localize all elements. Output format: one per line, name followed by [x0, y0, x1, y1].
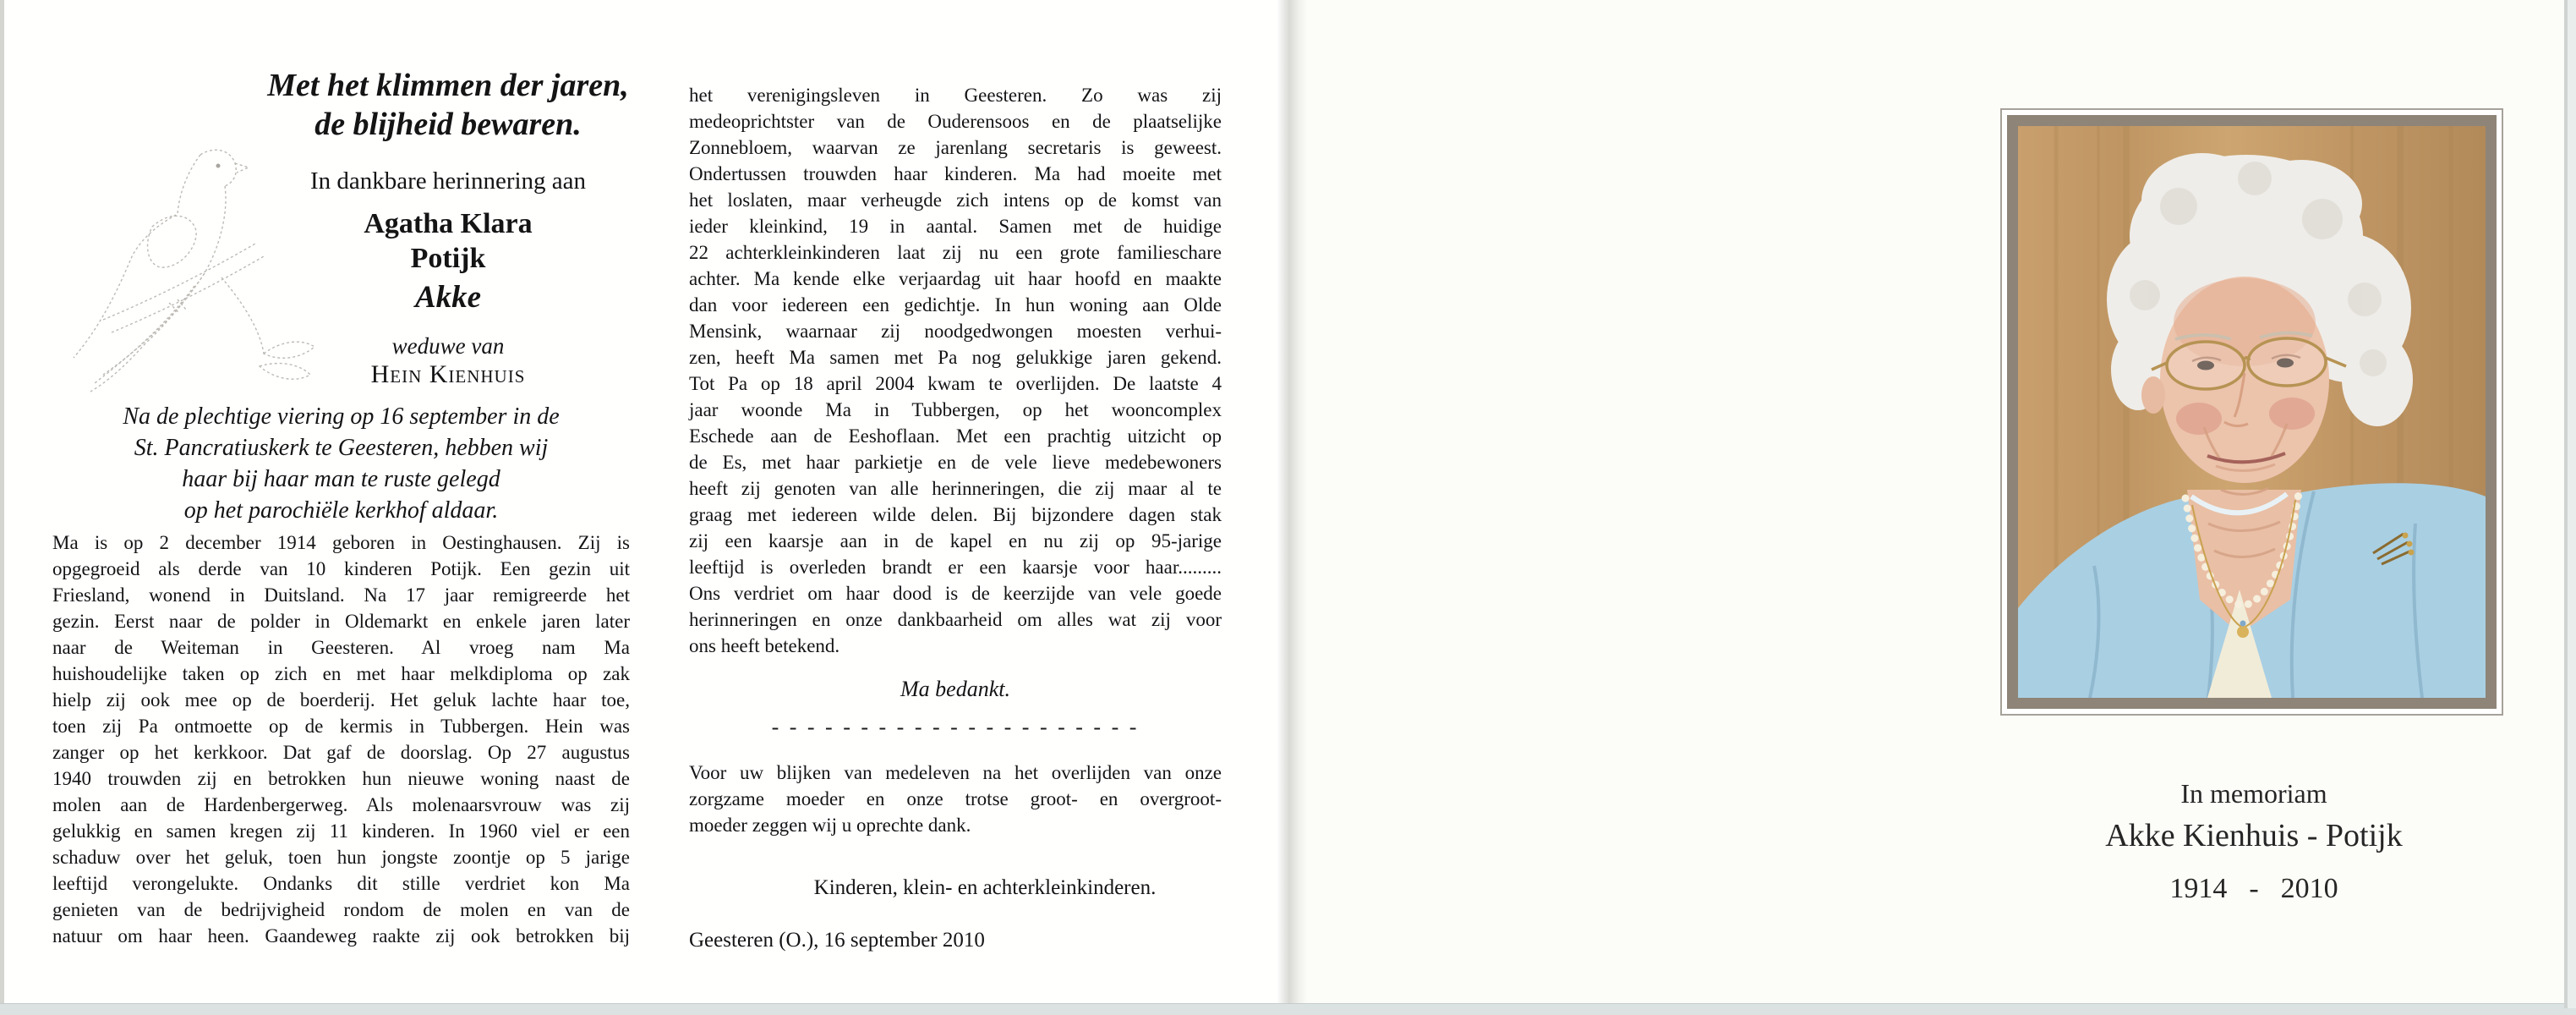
biography-line: leeftijd verongelukte. Ondanks dit still…	[52, 870, 630, 897]
biography-line: toen zij Pa ontmoette op de kermis in Tu…	[52, 713, 630, 739]
biography-line: molen aan de Hardenbergerweg. Als molena…	[52, 792, 630, 818]
biography-line: medeoprichtster van de Ouderensoos en de…	[689, 108, 1222, 134]
biography-column-2: het verenigingsleven in Geesteren. Zo wa…	[689, 82, 1222, 659]
cheek-blush	[2176, 403, 2222, 435]
signature-line: Kinderen, klein- en achterkleinkinderen.	[719, 876, 1251, 900]
in-memoriam-label: In memoriam	[2000, 778, 2508, 809]
funeral-verse: Na de plechtige viering op 16 september …	[52, 401, 630, 526]
biography-line: ons heeft betekend.	[689, 633, 1222, 659]
scan-right-margin	[2568, 0, 2576, 1008]
biography-line: jaar woonde Ma in Tubbergen, op het woon…	[689, 397, 1222, 423]
ear	[2141, 376, 2165, 414]
biography-line: Ondertussen trouwden haar kinderen. Ma h…	[689, 161, 1222, 187]
dashed-divider: - - - - - - - - - - - - - - - - - - - - …	[689, 715, 1222, 740]
verse-line: haar bij haar man te ruste gelegd	[52, 464, 630, 495]
biography-line: Zonnebloem, waarvan ze jarenlang secreta…	[689, 134, 1222, 161]
biography-line: het verenigingsleven in Geesteren. Zo wa…	[689, 82, 1222, 108]
acknowledgement-line: moeder zeggen wij u oprechte dank.	[689, 812, 1222, 838]
place-date-line: Geesteren (O.), 16 september 2010	[689, 929, 985, 952]
biography-line: natuur om haar heen. Gaandeweg raakte zi…	[52, 923, 630, 949]
memorial-card-scan: Met het klimmen der jaren, de blijheid b…	[0, 0, 2576, 1015]
motto-line: de blijheid bewaren.	[161, 105, 736, 144]
memorial-full-name: Akke Kienhuis - Potijk	[2000, 817, 2508, 854]
deceased-first-names: Agatha Klara	[161, 206, 736, 241]
biography-line: Tot Pa op 18 april 2004 kwam te overlijd…	[689, 370, 1222, 397]
relation-line: weduwe van	[161, 333, 736, 359]
acknowledgement-line: Voor uw blijken van medeleven na het ove…	[689, 760, 1222, 786]
biography-column-1: Ma is op 2 december 1914 geboren in Oest…	[52, 529, 630, 949]
motto-line: Met het klimmen der jaren,	[161, 66, 736, 105]
acknowledgement-line: zorgzame moeder en onze trotse groot- en…	[689, 786, 1222, 812]
biography-line: zanger op het kerkkoor. Dat gaf de doors…	[52, 739, 630, 765]
biography-line: gezin. Eerst naar de polder in Oldemarkt…	[52, 608, 630, 634]
biography-line: heeft zij genoten van alle herinneringen…	[689, 475, 1222, 502]
scan-left-edge	[0, 0, 4, 1015]
biography-line: herinneringen en onze dankbaarheid om al…	[689, 606, 1222, 633]
birth-year: 1914	[2169, 873, 2227, 904]
biography-line: dan voor iedereen een gedichtje. In hun …	[689, 292, 1222, 318]
biography-line: het loslaten, maar verheugde zich intens…	[689, 187, 1222, 213]
biography-line: Mensink, waarnaar zij noodgedwongen moes…	[689, 318, 1222, 344]
biography-line: zij een kaarsje aan in de kapel en nu zi…	[689, 528, 1222, 554]
biography-line: Ma is op 2 december 1914 geboren in Oest…	[52, 529, 630, 556]
biography-line: achter. Ma kende elke verjaardag uit haa…	[689, 266, 1222, 292]
photo-frame	[2000, 108, 2503, 716]
verse-line: op het parochiële kerkhof aldaar.	[52, 495, 630, 526]
life-years: 1914-2010	[2000, 873, 2508, 905]
scan-bottom-edge	[0, 1003, 2576, 1015]
biography-line: Eschede aan de Eeshoflaan. Met een prach…	[689, 423, 1222, 449]
biography-line: zen, heeft Ma samen met Pa nog gelukkige…	[689, 344, 1222, 370]
biography-line: schaduw over het geluk, toen hun jongste…	[52, 844, 630, 870]
biography-line: de Es, met haar parkietje en de vele lie…	[689, 449, 1222, 475]
death-year: 2010	[2281, 873, 2338, 904]
biography-line: hielp zij ook mee op de boerderij. Het g…	[52, 687, 630, 713]
pendant	[2237, 626, 2249, 638]
verse-line: Na de plechtige viering op 16 september …	[52, 401, 630, 432]
verse-line: St. Pancratiuskerk te Geesteren, hebben …	[52, 432, 630, 464]
biography-line: leeftijd is overleden brandt er een kaar…	[689, 554, 1222, 580]
deceased-call-name: Akke	[161, 279, 736, 315]
biography-line: 22 achterkleinkinderen laat zij nu een g…	[689, 239, 1222, 266]
deceased-name: Agatha Klara Potijk	[161, 206, 736, 276]
husband-name: Hein Kienhuis	[161, 360, 736, 389]
dedication-line: In dankbare herinnering aan	[161, 167, 736, 195]
biography-line: gelukkig en samen kregen zij 11 kinderen…	[52, 818, 630, 844]
acknowledgement: Voor uw blijken van medeleven na het ove…	[689, 760, 1222, 838]
card-fold-shadow	[1277, 0, 1307, 1015]
biography-line: opgegroeid als derde van 10 kinderen Pot…	[52, 556, 630, 582]
biography-line: 1940 trouwden zij en betrokken hun nieuw…	[52, 765, 630, 792]
biography-line: genieten van de bedrijvigheid rondom de …	[52, 897, 630, 923]
portrait-photo	[2018, 126, 2486, 698]
cheek-blush	[2269, 398, 2315, 430]
biography-line: Ons verdriet om haar dood is de keerzijd…	[689, 580, 1222, 606]
deceased-surname: Potijk	[161, 241, 736, 276]
biography-line: graag met iedereen wilde delen. Bij bijz…	[689, 502, 1222, 528]
memorial-motto: Met het klimmen der jaren, de blijheid b…	[161, 66, 736, 144]
years-separator: -	[2249, 873, 2258, 904]
biography-line: ieder kleinkind, 19 in aantal. Samen met…	[689, 213, 1222, 239]
biography-line: huishoudelijke taken op zich en met haar…	[52, 661, 630, 687]
photo-mat-border	[2007, 115, 2497, 709]
pendant-bead	[2240, 621, 2246, 627]
thanks-note: Ma bedankt.	[689, 677, 1222, 702]
biography-line: Friesland, wonend in Duitsland. Na 17 ja…	[52, 582, 630, 608]
biography-line: naar de Weiteman in Geesteren. Al vroeg …	[52, 634, 630, 661]
